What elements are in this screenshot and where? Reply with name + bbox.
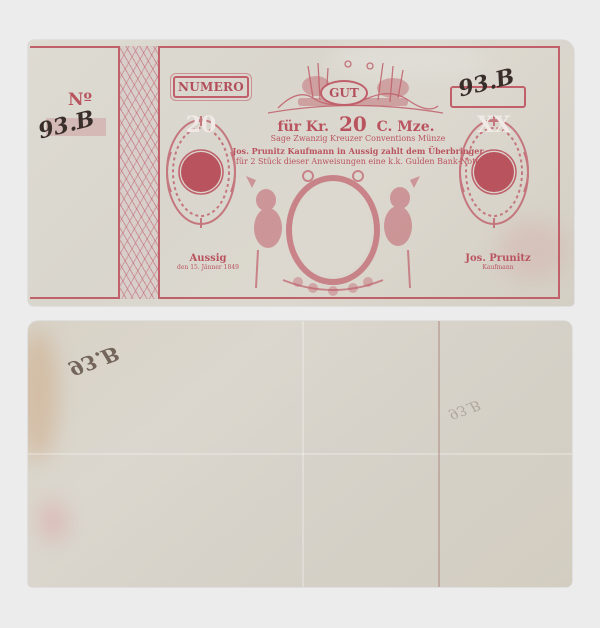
signature-block: Jos. Prunitz Kaufmann: [448, 253, 548, 271]
fold-line: [302, 321, 304, 587]
body-text-line: Sage Zwanzig Kreuzer Conventions Münze: [228, 134, 488, 143]
stain: [28, 331, 58, 461]
fold-line: [438, 321, 440, 587]
medallion-value: XX: [454, 112, 534, 232]
date-line: den 15. Jänner 1849: [163, 264, 253, 271]
signature-name: Jos. Prunitz: [448, 253, 548, 264]
body-text-line: für 2 Stück dieser Anweisungen eine k.k.…: [228, 157, 488, 166]
medallion-value: 20: [161, 112, 241, 232]
value-line: für Kr. 20 C. Mze.: [256, 112, 456, 136]
lattice-band: [118, 46, 160, 299]
place-name: Aussig: [163, 253, 253, 264]
value-suffix: C. Mze.: [377, 119, 435, 135]
fold-line: [28, 453, 572, 455]
value-amount: 20: [339, 112, 367, 136]
faint-mark: 93.B: [446, 396, 482, 422]
body-text-line: Jos. Prunitz Kaufmann in Aussig zahlt de…: [228, 146, 488, 156]
place-block: Aussig den 15. Jänner 1849: [163, 253, 253, 271]
banknote-front: Nº 93.B NUMERO GUT für Kr. 20 C. Mze. Sa…: [28, 40, 574, 306]
numero-cartouche: NUMERO: [173, 76, 249, 98]
banknote-back: 93.B 93.B: [28, 321, 572, 587]
cherub-cartouche: [238, 170, 428, 300]
stain: [38, 501, 68, 541]
medallion-right: XX: [454, 112, 534, 232]
signature-title: Kaufmann: [448, 264, 548, 271]
gut-oval: GUT: [320, 80, 368, 106]
value-prefix: für Kr.: [277, 119, 329, 135]
handwriting-bleedthrough: 93.B: [65, 341, 122, 381]
medallion-left: 20: [161, 112, 241, 232]
